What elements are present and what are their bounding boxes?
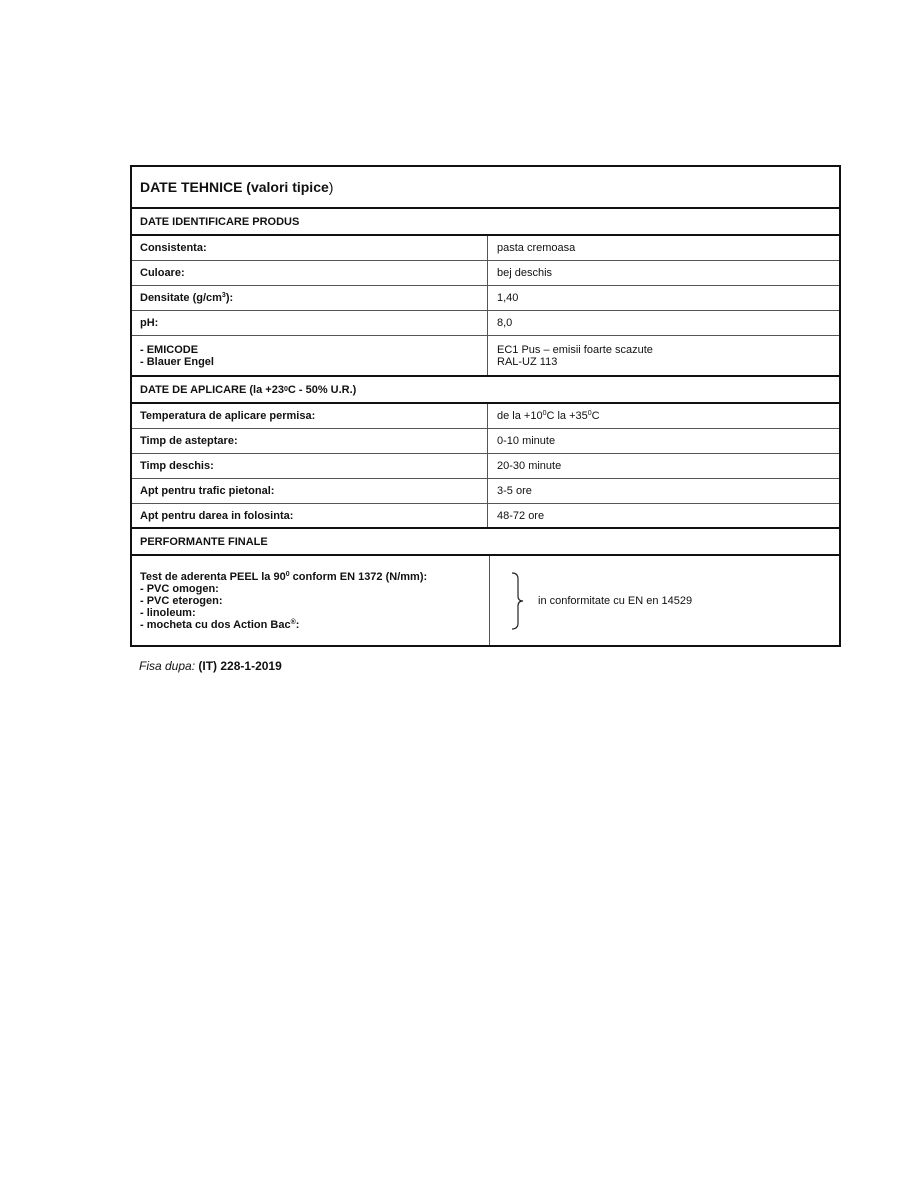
label-part: ): bbox=[226, 292, 233, 304]
label-line: - Blauer Engel bbox=[140, 356, 487, 368]
table-row: Timp deschis: 20-30 minute bbox=[132, 454, 839, 479]
row-value: 3-5 ore bbox=[488, 479, 839, 503]
value-line: RAL-UZ 113 bbox=[497, 356, 839, 368]
test-line: Test de aderenta PEEL la 900 conform EN … bbox=[140, 571, 489, 583]
curly-brace-icon bbox=[510, 572, 526, 630]
row-label: Test de aderenta PEEL la 900 conform EN … bbox=[132, 556, 490, 645]
row-label: Timp de asteptare: bbox=[132, 429, 488, 453]
title-text: DATE TEHNICE (valori tipice bbox=[140, 179, 329, 195]
item-part: : bbox=[296, 619, 300, 631]
item-part: - mocheta cu dos Action Bac bbox=[140, 619, 291, 631]
row-label: Timp deschis: bbox=[132, 454, 488, 478]
row-label: Densitate (g/cm3): bbox=[132, 286, 488, 310]
test-part: Test de aderenta PEEL la 90 bbox=[140, 571, 286, 583]
heading-part: C - 50% U.R.) bbox=[288, 384, 356, 396]
table-row: Apt pentru darea in folosinta: 48-72 ore bbox=[132, 504, 839, 529]
table-row: Culoare: bej deschis bbox=[132, 261, 839, 286]
row-value: 0-10 minute bbox=[488, 429, 839, 453]
material-item: - linoleum: bbox=[140, 607, 489, 619]
table-row: - EMICODE - Blauer Engel EC1 Pus – emisi… bbox=[132, 336, 839, 377]
section-heading-aplicare: DATE DE APLICARE (la +230C - 50% U.R.) bbox=[132, 377, 839, 404]
row-value: EC1 Pus – emisii foarte scazute RAL-UZ 1… bbox=[488, 336, 839, 375]
row-label: Culoare: bbox=[132, 261, 488, 285]
table-row: Consistenta: pasta cremoasa bbox=[132, 236, 839, 261]
footer-label: Fisa dupa: bbox=[139, 659, 195, 673]
row-label: Consistenta: bbox=[132, 236, 488, 260]
footer-code: (IT) 228-1-2019 bbox=[198, 659, 281, 673]
table-row: Temperatura de aplicare permisa: de la +… bbox=[132, 404, 839, 429]
value-line: EC1 Pus – emisii foarte scazute bbox=[497, 344, 839, 356]
table-row: pH: 8,0 bbox=[132, 311, 839, 336]
row-value: 8,0 bbox=[488, 311, 839, 335]
label-part: Densitate (g/cm bbox=[140, 292, 222, 304]
table-row: Densitate (g/cm3): 1,40 bbox=[132, 286, 839, 311]
row-label: Temperatura de aplicare permisa: bbox=[132, 404, 488, 428]
row-value: 1,40 bbox=[488, 286, 839, 310]
row-label: pH: bbox=[132, 311, 488, 335]
row-value: in conformitate cu EN en 14529 bbox=[490, 556, 839, 645]
value-part: de la +10 bbox=[497, 410, 543, 422]
section-heading-identificare: DATE IDENTIFICARE PRODUS bbox=[132, 209, 839, 236]
table-row: Timp de asteptare: 0-10 minute bbox=[132, 429, 839, 454]
material-item: - PVC eterogen: bbox=[140, 595, 489, 607]
material-item: - mocheta cu dos Action Bac®: bbox=[140, 619, 489, 631]
row-label: Apt pentru trafic pietonal: bbox=[132, 479, 488, 503]
footer-note: Fisa dupa: (IT) 228-1-2019 bbox=[139, 659, 282, 673]
table-row-performance: Test de aderenta PEEL la 900 conform EN … bbox=[132, 556, 839, 645]
row-value: 48-72 ore bbox=[488, 504, 839, 527]
test-part: conform EN 1372 (N/mm): bbox=[290, 571, 428, 583]
title-paren: ) bbox=[329, 179, 334, 195]
row-label: - EMICODE - Blauer Engel bbox=[132, 336, 488, 375]
row-value: pasta cremoasa bbox=[488, 236, 839, 260]
row-label: Apt pentru darea in folosinta: bbox=[132, 504, 488, 527]
technical-data-table: DATE TEHNICE (valori tipice) DATE IDENTI… bbox=[130, 165, 841, 647]
label-line: - EMICODE bbox=[140, 344, 487, 356]
row-value: de la +100C la +350C bbox=[488, 404, 839, 428]
heading-part: DATE DE APLICARE (la +23 bbox=[140, 384, 284, 396]
material-item: - PVC omogen: bbox=[140, 583, 489, 595]
row-value: bej deschis bbox=[488, 261, 839, 285]
value-part: C bbox=[592, 410, 600, 422]
performance-value: in conformitate cu EN en 14529 bbox=[538, 595, 692, 607]
row-value: 20-30 minute bbox=[488, 454, 839, 478]
table-title: DATE TEHNICE (valori tipice) bbox=[132, 167, 839, 209]
section-heading-performante: PERFORMANTE FINALE bbox=[132, 529, 839, 556]
table-row: Apt pentru trafic pietonal: 3-5 ore bbox=[132, 479, 839, 504]
value-part: C la +35 bbox=[546, 410, 587, 422]
